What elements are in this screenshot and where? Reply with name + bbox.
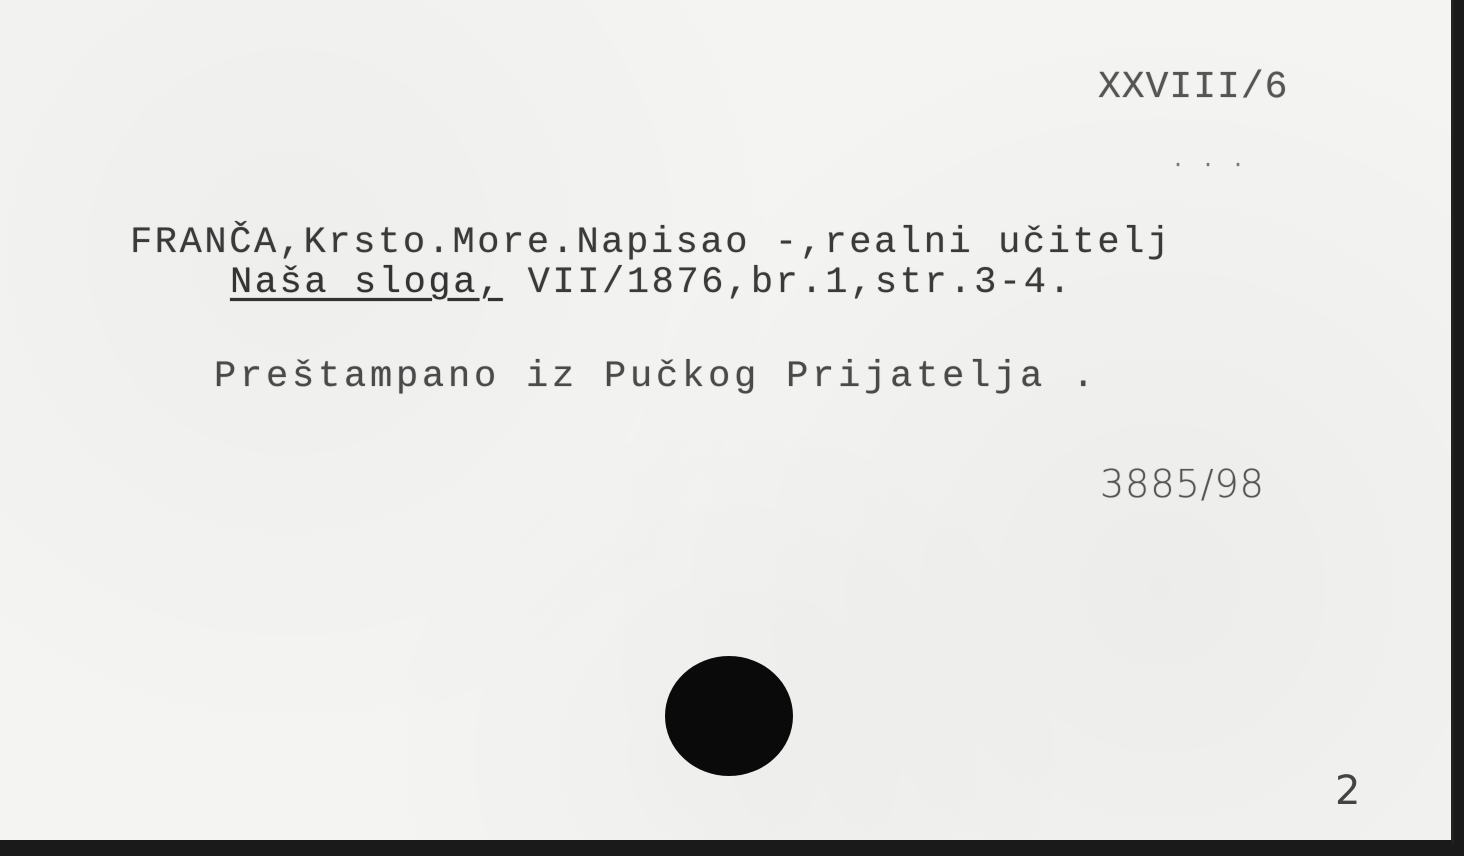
shelfmark: XXVIII/6 bbox=[1098, 66, 1288, 109]
catalog-card: XXVIII/6 ... FRANČA,Krsto.More.Napisao -… bbox=[0, 0, 1454, 846]
punch-hole bbox=[665, 656, 793, 776]
journal-title: Naša sloga, bbox=[230, 262, 503, 304]
dot-marks: ... bbox=[1172, 150, 1262, 173]
journal-citation: VII/1876,br.1,str.3-4. bbox=[503, 262, 1073, 304]
handwritten-mark: 2 bbox=[1335, 768, 1360, 814]
entry-author-title: FRANČA,Krsto.More.Napisao -,realni učite… bbox=[130, 222, 1172, 264]
reprint-note: Preštampano iz Pučkog Prijatelja . bbox=[214, 356, 1098, 398]
accession-number: 3885/98 bbox=[1100, 462, 1265, 506]
entry-source: Naša sloga, VII/1876,br.1,str.3-4. bbox=[230, 262, 1073, 304]
